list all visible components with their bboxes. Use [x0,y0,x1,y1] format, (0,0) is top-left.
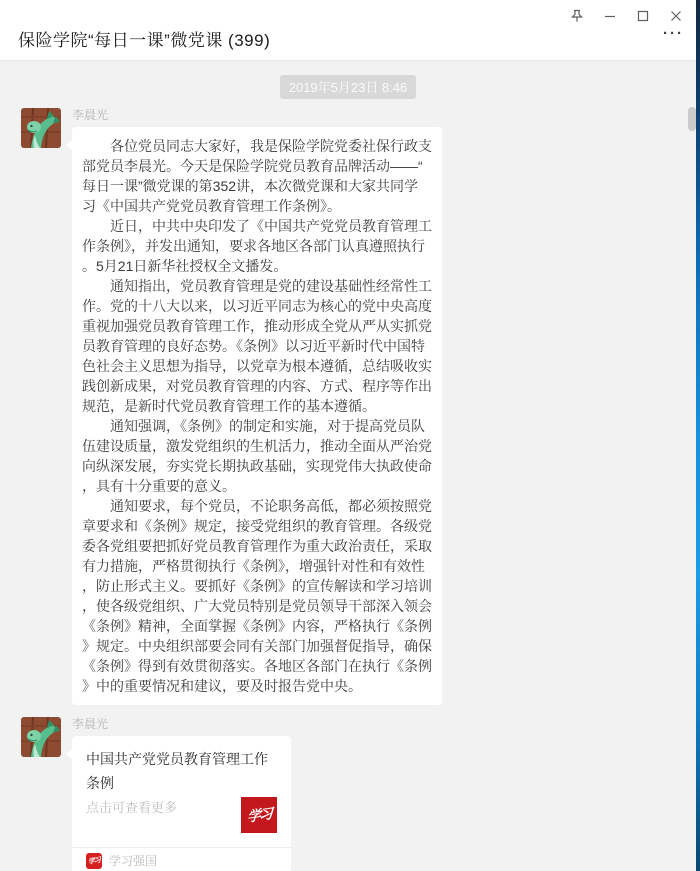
link-card-footer: 学习 学习强国 [72,847,291,871]
minimize-icon[interactable] [593,5,626,27]
avatar[interactable] [21,108,61,148]
chat-window: 保险学院“每日一课”微党课 (399) ··· 2019年5月23日 8:46 [0,0,696,871]
date-stamp-row: 2019年5月23日 8:46 [0,61,696,99]
sender-name: 李晨光 [72,717,291,731]
link-card-thumbnail: 学习 [241,797,277,833]
date-stamp: 2019年5月23日 8:46 [280,75,417,99]
pin-icon[interactable] [560,5,593,27]
avatar[interactable] [21,717,61,757]
link-card-subtitle: 点击可查看更多 [86,797,177,817]
more-menu-icon[interactable]: ··· [663,24,684,44]
message-paragraph: 通知要求，每个党员，不论职务高低，都必须按照党章要求和《条例》规定，接受党组织的… [82,496,432,696]
link-card[interactable]: 中国共产党党员教育管理工作条例 点击可查看更多 学习 学习 学习强国 [72,736,291,871]
message-row-link: 李晨光 中国共产党党员教育管理工作条例 点击可查看更多 学习 学习 学习强国 [0,717,696,871]
thumbnail-calligraphy-text: 学习 [247,803,271,827]
text-message-bubble: 各位党员同志大家好，我是保险学院党委社保行政支部党员李晨光。今天是保险学院党员教… [72,127,442,705]
message-paragraph: 各位党员同志大家好，我是保险学院党委社保行政支部党员李晨光。今天是保险学院党员教… [82,136,432,216]
message-content: 李晨光 中国共产党党员教育管理工作条例 点击可查看更多 学习 学习 学习强国 [72,717,291,871]
scrollbar-thumb[interactable] [688,107,696,131]
maximize-icon[interactable] [626,5,659,27]
message-paragraph: 通知指出，党员教育管理是党的建设基础性经常性工作。党的十八大以来，以习近平同志为… [82,276,432,416]
desktop-edge-strip [696,0,700,871]
chat-title: 保险学院“每日一课”微党课 (399) [18,26,270,51]
source-icon-text: 学习 [87,855,101,867]
message-paragraph: 通知强调，《条例》的制定和实施，对于提高党员队伍建设质量，激发党组织的生机活力，… [82,416,432,496]
chat-header: 保险学院“每日一课”微党课 (399) ··· [0,0,696,61]
link-card-title: 中国共产党党员教育管理工作条例 [72,736,291,795]
message-row-text: 李晨光 各位党员同志大家好，我是保险学院党委社保行政支部党员李晨光。今天是保险学… [0,108,696,705]
xuexi-qiangguo-icon: 学习 [86,853,102,869]
link-source-name: 学习强国 [109,852,157,869]
link-card-body: 点击可查看更多 学习 [72,795,291,833]
message-list: 2019年5月23日 8:46 李晨光 [0,61,696,871]
message-content: 李晨光 各位党员同志大家好，我是保险学院党委社保行政支部党员李晨光。今天是保险学… [72,108,442,705]
message-paragraph: 近日，中共中央印发了《中国共产党党员教育管理工作条例》，并发出通知，要求各地区各… [82,216,432,276]
sender-name: 李晨光 [72,108,442,122]
